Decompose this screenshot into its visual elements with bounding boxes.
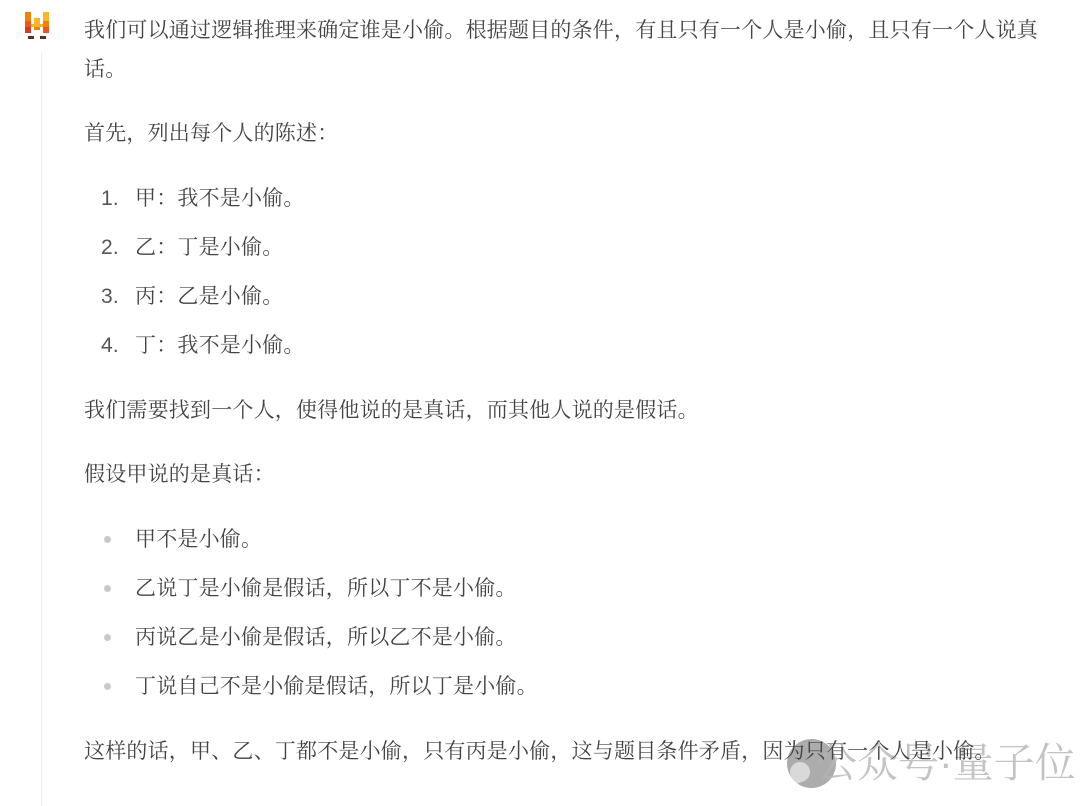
bullet-icon	[104, 634, 111, 641]
assistant-avatar	[22, 12, 52, 39]
deduction-item: 乙说丁是小偷是假话，所以丁不是小偷。	[135, 569, 1039, 608]
list-number: 2.	[101, 228, 119, 267]
intro-paragraph: 我们可以通过逻辑推理来确定谁是小偷。根据题目的条件，有且只有一个人是小偷，且只有…	[84, 11, 1039, 89]
statement-text: 丁：我不是小偷。	[135, 334, 305, 357]
deduction-text: 乙说丁是小偷是假话，所以丁不是小偷。	[135, 577, 517, 600]
deduction-text: 丙说乙是小偷是假话，所以乙不是小偷。	[135, 626, 517, 649]
statement-item: 4. 丁：我不是小偷。	[135, 326, 1039, 365]
statement-item: 2. 乙：丁是小偷。	[135, 228, 1039, 267]
deduction-text: 丁说自己不是小偷是假话，所以丁是小偷。	[135, 675, 538, 698]
statement-text: 乙：丁是小偷。	[135, 236, 283, 259]
chat-message-view: 公众号·量子位 我们可以通过逻辑推理来确定谁是小偷。根据题目的条件，有且只有一个…	[0, 0, 1080, 806]
bullet-icon	[104, 536, 111, 543]
assistant-message: 我们可以通过逻辑推理来确定谁是小偷。根据题目的条件，有且只有一个人是小偷，且只有…	[84, 0, 1039, 796]
list-number: 3.	[101, 277, 119, 316]
list-number: 1.	[101, 179, 119, 218]
thread-line	[41, 52, 42, 806]
list-number: 4.	[101, 326, 119, 365]
statements-list: 1. 甲：我不是小偷。 2. 乙：丁是小偷。 3. 丙：乙是小偷。 4. 丁：我…	[84, 179, 1039, 365]
statement-item: 1. 甲：我不是小偷。	[135, 179, 1039, 218]
statement-item: 3. 丙：乙是小偷。	[135, 277, 1039, 316]
assumption-header: 假设甲说的是真话：	[84, 455, 1039, 494]
bullet-icon	[104, 585, 111, 592]
pixel-logo-icon	[22, 12, 52, 39]
goal-paragraph: 我们需要找到一个人，使得他说的是真话，而其他人说的是假话。	[84, 391, 1039, 430]
statement-text: 丙：乙是小偷。	[135, 285, 283, 308]
conclusion-paragraph: 这样的话，甲、乙、丁都不是小偷，只有丙是小偷，这与题目条件矛盾，因为只有一个人是…	[84, 732, 1039, 771]
bullet-icon	[104, 683, 111, 690]
statement-text: 甲：我不是小偷。	[135, 187, 305, 210]
deduction-item: 丁说自己不是小偷是假话，所以丁是小偷。	[135, 667, 1039, 706]
deduction-text: 甲不是小偷。	[135, 528, 262, 551]
statements-header: 首先，列出每个人的陈述：	[84, 114, 1039, 153]
deduction-item: 甲不是小偷。	[135, 520, 1039, 559]
deduction-item: 丙说乙是小偷是假话，所以乙不是小偷。	[135, 618, 1039, 657]
deductions-list: 甲不是小偷。 乙说丁是小偷是假话，所以丁不是小偷。 丙说乙是小偷是假话，所以乙不…	[84, 520, 1039, 706]
